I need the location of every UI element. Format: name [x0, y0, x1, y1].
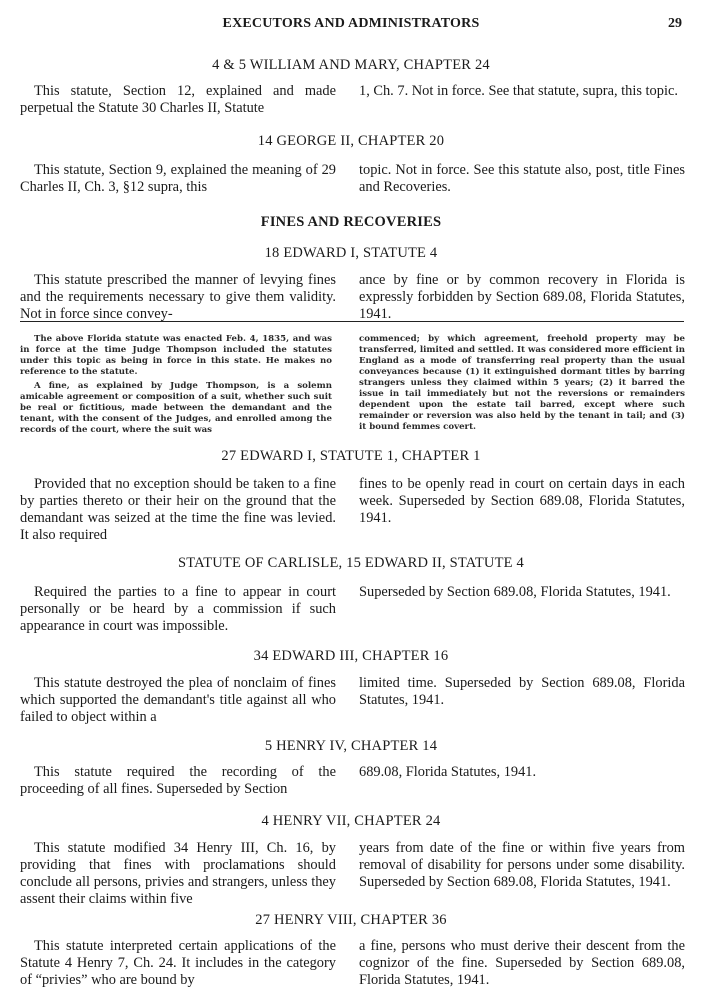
section-text-left: This statute destroyed the plea of noncl…: [20, 675, 336, 726]
footnote-divider: [20, 321, 684, 322]
section-heading: 14 GEORGE II, CHAPTER 20: [0, 133, 702, 150]
footnote-text: The above Florida statute was enacted Fe…: [20, 334, 332, 378]
section-text-right: a fine, persons who must derive their de…: [359, 938, 685, 989]
section-heading: 27 EDWARD I, STATUTE 1, CHAPTER 1: [0, 448, 702, 465]
section-text-left: This statute modified 34 Henry III, Ch. …: [20, 840, 336, 908]
section-text-left: This statute required the recording of t…: [20, 764, 336, 798]
running-title: EXECUTORS AND ADMINISTRATORS: [0, 16, 702, 32]
section-text-left: Required the parties to a fine to appear…: [20, 584, 336, 635]
section-heading: 4 & 5 WILLIAM AND MARY, CHAPTER 24: [0, 57, 702, 74]
section-text-right: Superseded by Section 689.08, Florida St…: [359, 584, 685, 601]
section-text-right: limited time. Superseded by Section 689.…: [359, 675, 685, 709]
section-text-right: 689.08, Florida Statutes, 1941.: [359, 764, 685, 781]
section-text-right: 1, Ch. 7. Not in force. See that statute…: [359, 83, 685, 100]
title-heading: FINES AND RECOVERIES: [0, 214, 702, 231]
section-text-right: topic. Not in force. See this statute al…: [359, 162, 685, 196]
section-text-right: years from date of the fine or within fi…: [359, 840, 685, 891]
section-heading: 27 HENRY VIII, CHAPTER 36: [0, 912, 702, 929]
footnote-text: commenced; by which agreement, freehold …: [359, 334, 685, 433]
section-text-left: This statute interpreted certain applica…: [20, 938, 336, 989]
running-head: EXECUTORS AND ADMINISTRATORS 29: [0, 16, 702, 36]
section-heading: 5 HENRY IV, CHAPTER 14: [0, 738, 702, 755]
section-heading: 4 HENRY VII, CHAPTER 24: [0, 813, 702, 830]
section-heading: 18 EDWARD I, STATUTE 4: [0, 245, 702, 262]
section-heading: 34 EDWARD III, CHAPTER 16: [0, 648, 702, 665]
section-text-right: fines to be openly read in court on cert…: [359, 476, 685, 527]
section-text-left: Provided that no exception should be tak…: [20, 476, 336, 544]
section-text-left: This statute, Section 12, explained and …: [20, 83, 336, 117]
section-text-left: This statute prescribed the manner of le…: [20, 272, 336, 323]
section-text-right: ance by fine or by common recovery in Fl…: [359, 272, 685, 323]
document-page: EXECUTORS AND ADMINISTRATORS 29 4 & 5 WI…: [0, 0, 702, 1002]
section-text-left: This statute, Section 9, explained the m…: [20, 162, 336, 196]
page-number: 29: [668, 16, 682, 32]
section-heading: STATUTE OF CARLISLE, 15 EDWARD II, STATU…: [0, 555, 702, 572]
footnote-text: A fine, as explained by Judge Thompson, …: [20, 381, 332, 436]
